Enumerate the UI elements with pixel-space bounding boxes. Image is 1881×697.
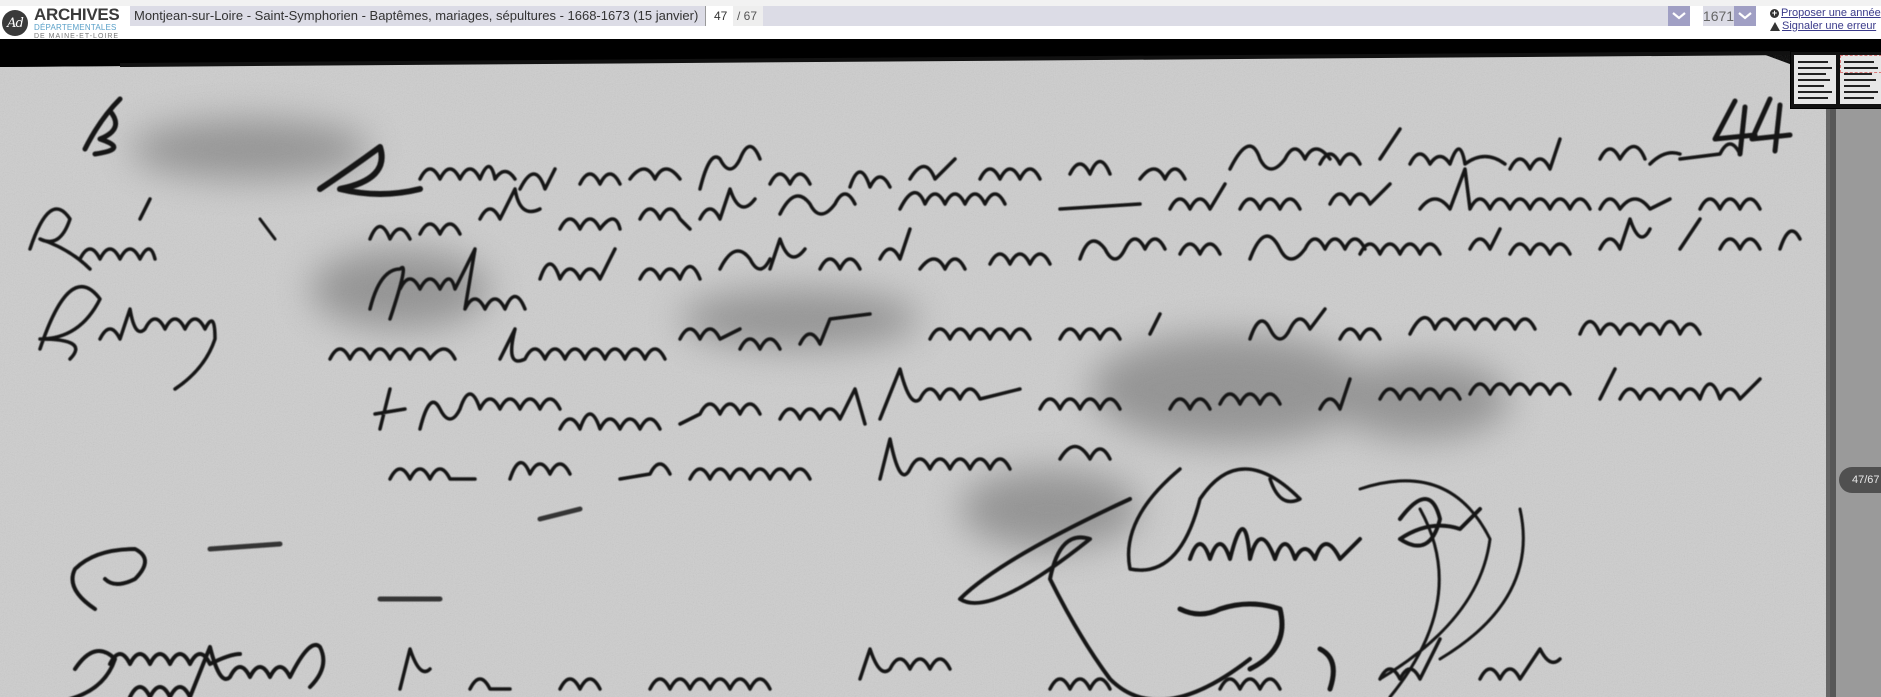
document-selector[interactable]: Montjean-sur-Loire - Saint-Symphorien - … — [130, 6, 1670, 26]
logo-text: ARCHIVES DÉPARTEMENTALES DE MAINE-ET-LOI… — [34, 6, 119, 40]
logo-line-1: ARCHIVES — [34, 6, 119, 23]
logo-line-2: DÉPARTEMENTALES — [34, 24, 119, 32]
chevron-down-icon — [1672, 12, 1686, 20]
report-error-link[interactable]: Signaler une erreur — [1782, 20, 1876, 33]
warning-icon — [1770, 22, 1780, 31]
page-number-input[interactable] — [705, 6, 733, 26]
header-links: + Proposer une année Signaler une erreur — [1770, 7, 1881, 33]
navigator-thumbnail[interactable] — [1790, 51, 1881, 109]
manuscript-page-image — [0, 39, 1881, 697]
document-title: Montjean-sur-Loire - Saint-Symphorien - … — [134, 8, 698, 23]
viewport-indicator[interactable] — [1840, 55, 1881, 73]
chevron-down-icon — [1738, 12, 1752, 20]
page-total: / 67 — [733, 6, 763, 26]
thumbnail-left-page — [1794, 55, 1836, 104]
year-dropdown-button[interactable] — [1734, 6, 1756, 26]
plus-circle-icon: + — [1770, 9, 1779, 18]
image-viewer[interactable]: 47/67 — [0, 39, 1881, 697]
page-indicator-badge: 47/67 — [1839, 467, 1881, 493]
document-dropdown-button[interactable] — [1668, 6, 1690, 26]
archives-logo[interactable]: Ad ARCHIVES DÉPARTEMENTALES DE MAINE-ET-… — [0, 7, 130, 39]
year-select[interactable]: 1671 — [1703, 6, 1734, 26]
page-navigator: / 67 — [705, 6, 763, 26]
propose-year-link[interactable]: Proposer une année — [1781, 7, 1881, 20]
ad-logo-icon: Ad — [2, 10, 28, 36]
